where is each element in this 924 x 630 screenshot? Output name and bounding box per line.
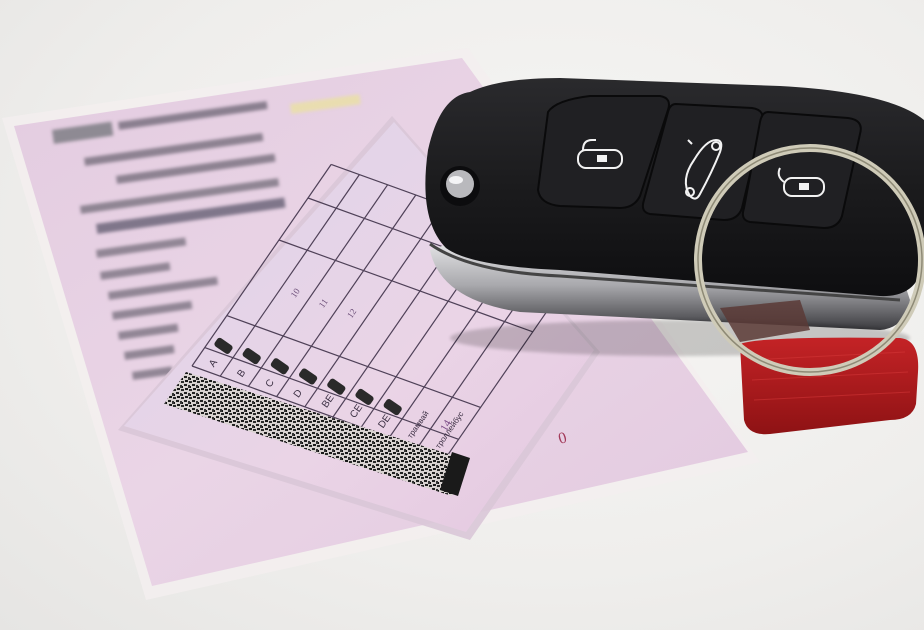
photo-scene: 0 ABCDBECEDEтрамвайтроллейбус101112 14: [0, 0, 924, 630]
blade-release-button[interactable]: [446, 170, 474, 198]
photo-illustration: 0 ABCDBECEDEтрамвайтроллейбус101112 14: [0, 0, 924, 630]
unlock-button[interactable]: [743, 112, 861, 228]
